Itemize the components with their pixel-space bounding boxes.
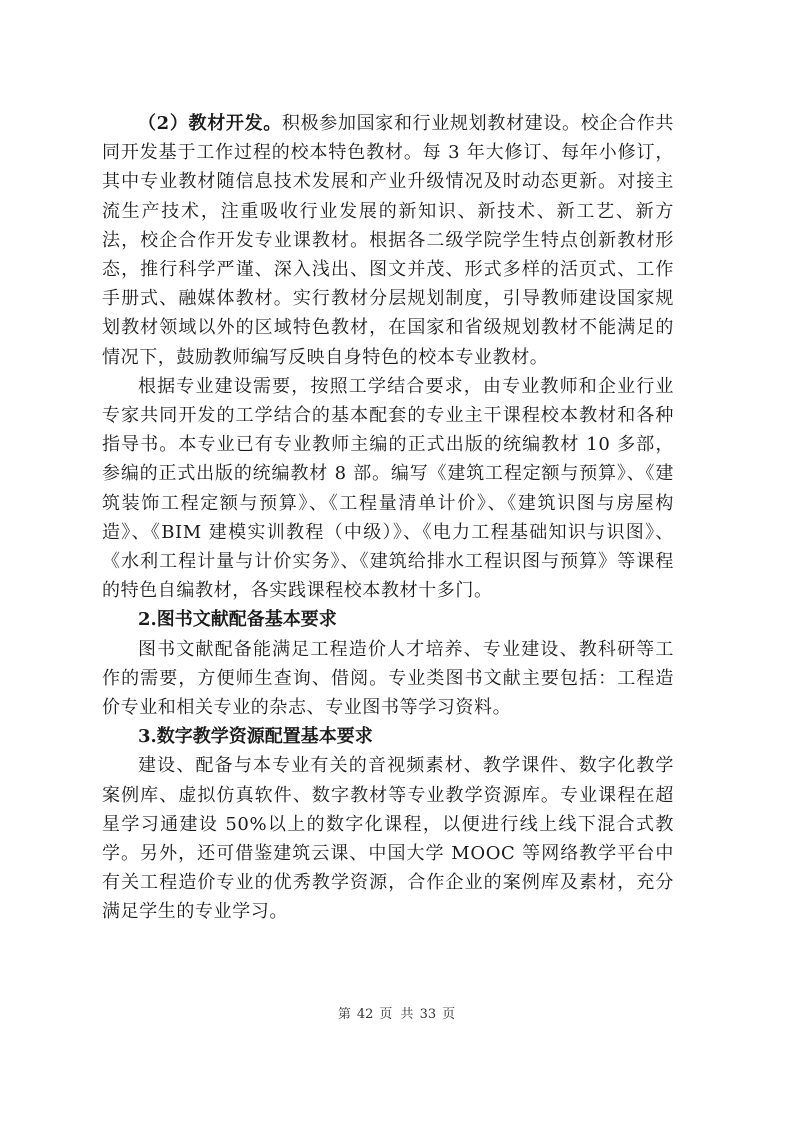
paragraph-school-textbooks: 根据专业建设需要，按照工学结合要求，由专业教师和企业行业专家共同开发的工学结合的… xyxy=(102,372,674,606)
heading-digital-resources: 3.数字教学资源配置基本要求 xyxy=(102,722,674,751)
page-body: （2）教材开发。积极参加国家和行业规划教材建设。校企合作共同开发基于工作过程的校… xyxy=(102,109,674,927)
textbook-development-lead: （2）教材开发。 xyxy=(138,113,282,134)
textbook-development-text: 积极参加国家和行业规划教材建设。校企合作共同开发基于工作过程的校本特色教材。每 … xyxy=(102,113,674,368)
paragraph-textbook-development: （2）教材开发。积极参加国家和行业规划教材建设。校企合作共同开发基于工作过程的校… xyxy=(102,109,674,372)
paragraph-library: 图书文献配备能满足工程造价人才培养、专业建设、教科研等工作的需要，方便师生查询、… xyxy=(102,635,674,723)
footer-suffix: 页 xyxy=(442,1007,455,1022)
footer-current-page: 42 xyxy=(357,1007,374,1022)
footer-middle: 页 共 xyxy=(379,1007,413,1022)
paragraph-digital-resources: 建设、配备与本专业有关的音视频素材、教学课件、数字化教学案例库、虚拟仿真软件、数… xyxy=(102,751,674,926)
page-footer: 第42页 共33页 xyxy=(0,1003,793,1022)
footer-prefix: 第 xyxy=(338,1007,351,1022)
footer-total-pages: 33 xyxy=(420,1007,437,1022)
heading-library-requirements: 2.图书文献配备基本要求 xyxy=(102,605,674,634)
